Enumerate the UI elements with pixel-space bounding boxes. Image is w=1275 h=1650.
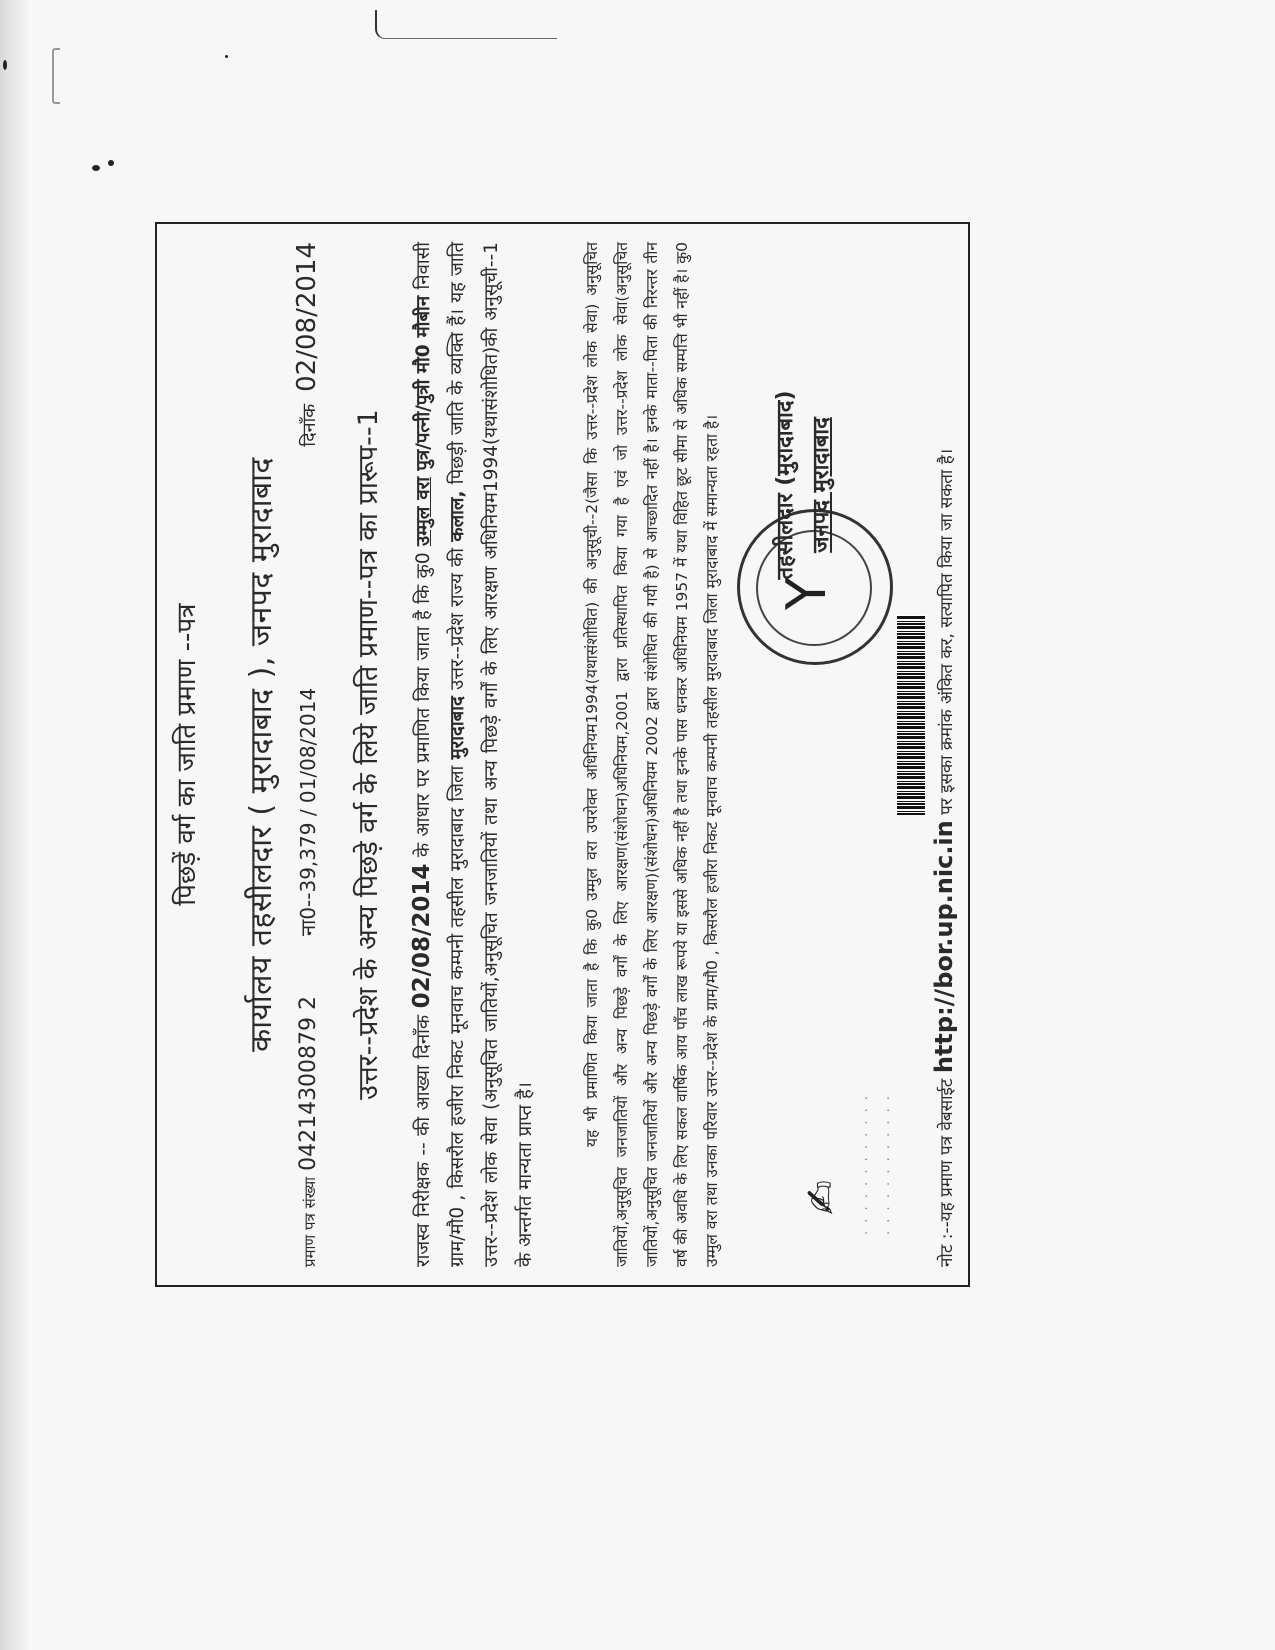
scan-artifact-curve [375, 10, 557, 39]
office-title: कार्यालय तहसीलदार ( मुरादाबाद ), जनपद मु… [239, 242, 280, 1267]
signatory-title: तहसीलदार (मुरादाबाद) [769, 245, 799, 725]
reference-number: ना0--39,379 / 01/08/2014 [294, 688, 321, 936]
scan-edge-shadow [0, 0, 30, 1650]
certificate-number: 04214300879 2 [296, 996, 321, 1171]
reference-row: प्रमाण पत्र संख्या 04214300879 2 ना0--39… [292, 242, 322, 1267]
faded-stamp: · · · · · · · · · · · ·· · · · · · · · ·… [857, 1075, 901, 1235]
certificate-number-label: प्रमाण पत्र संख्या [300, 1177, 320, 1267]
father-name: मौ0 मौबीन [413, 296, 434, 373]
verification-note: नोट :--यह प्रमाण पत्र वेबसाईट http://bor… [930, 449, 958, 1267]
para1-part5: उत्तर--प्रदेश राज्य की [447, 548, 468, 690]
verification-url[interactable]: http://bor.up.nic.in [930, 820, 958, 1073]
note-prefix: नोट :--यह प्रमाण पत्र वेबसाईट [937, 1079, 957, 1267]
scan-speck [108, 160, 114, 166]
form-title: उत्तर--प्रदेश के अन्य पिछड़े वर्ग के लिय… [348, 242, 385, 1267]
income-certification-paragraph: यह भी प्रमाणित किया जाता है कि कु0 उम्मु… [577, 242, 727, 1267]
note-suffix: पर इसका क्रमांक अंकित कर, सत्यापित किया … [937, 449, 957, 815]
relation-label: पुत्र/पत्नी/पुत्री [413, 380, 434, 471]
certificate-rotated-container: पिछड़ें वर्ग का जाति प्रमाण --पत्र कार्य… [155, 222, 970, 1287]
certificate-header-title: पिछड़ें वर्ग का जाति प्रमाण --पत्र [167, 242, 203, 1267]
certification-paragraph: राजस्व निरीक्षक -- की आख्या दिनाँक 02/08… [405, 242, 543, 1267]
district-name: मुरादाबाद [447, 696, 468, 759]
signatory-district: जनपद मुरादाबाद [805, 245, 835, 725]
applicant-name: उम्मुल वरा [413, 477, 434, 546]
para1-intro: राजस्व निरीक्षक -- की आख्या दिनाँक [413, 1015, 434, 1267]
scan-speck [225, 55, 228, 58]
scan-speck [92, 165, 100, 171]
signatory-block: तहसीलदार (मुरादाबाद) जनपद मुरादाबाद [769, 245, 835, 725]
caste-name: कलाल, [447, 491, 468, 542]
scan-artifact-bracket [52, 48, 60, 104]
para1-part2: के आधार पर प्रमाणित किया जाता है कि कु0 [413, 552, 434, 857]
signature-mark: ✍ [797, 1180, 846, 1215]
caste-certificate: पिछड़ें वर्ग का जाति प्रमाण --पत्र कार्य… [155, 222, 970, 1287]
report-date: 02/08/2014 [409, 864, 435, 1009]
barcode [897, 615, 925, 815]
scan-speck [3, 60, 7, 70]
issue-date-label: दिनाँक [297, 404, 321, 447]
issue-date: 02/08/2014 [292, 242, 322, 392]
